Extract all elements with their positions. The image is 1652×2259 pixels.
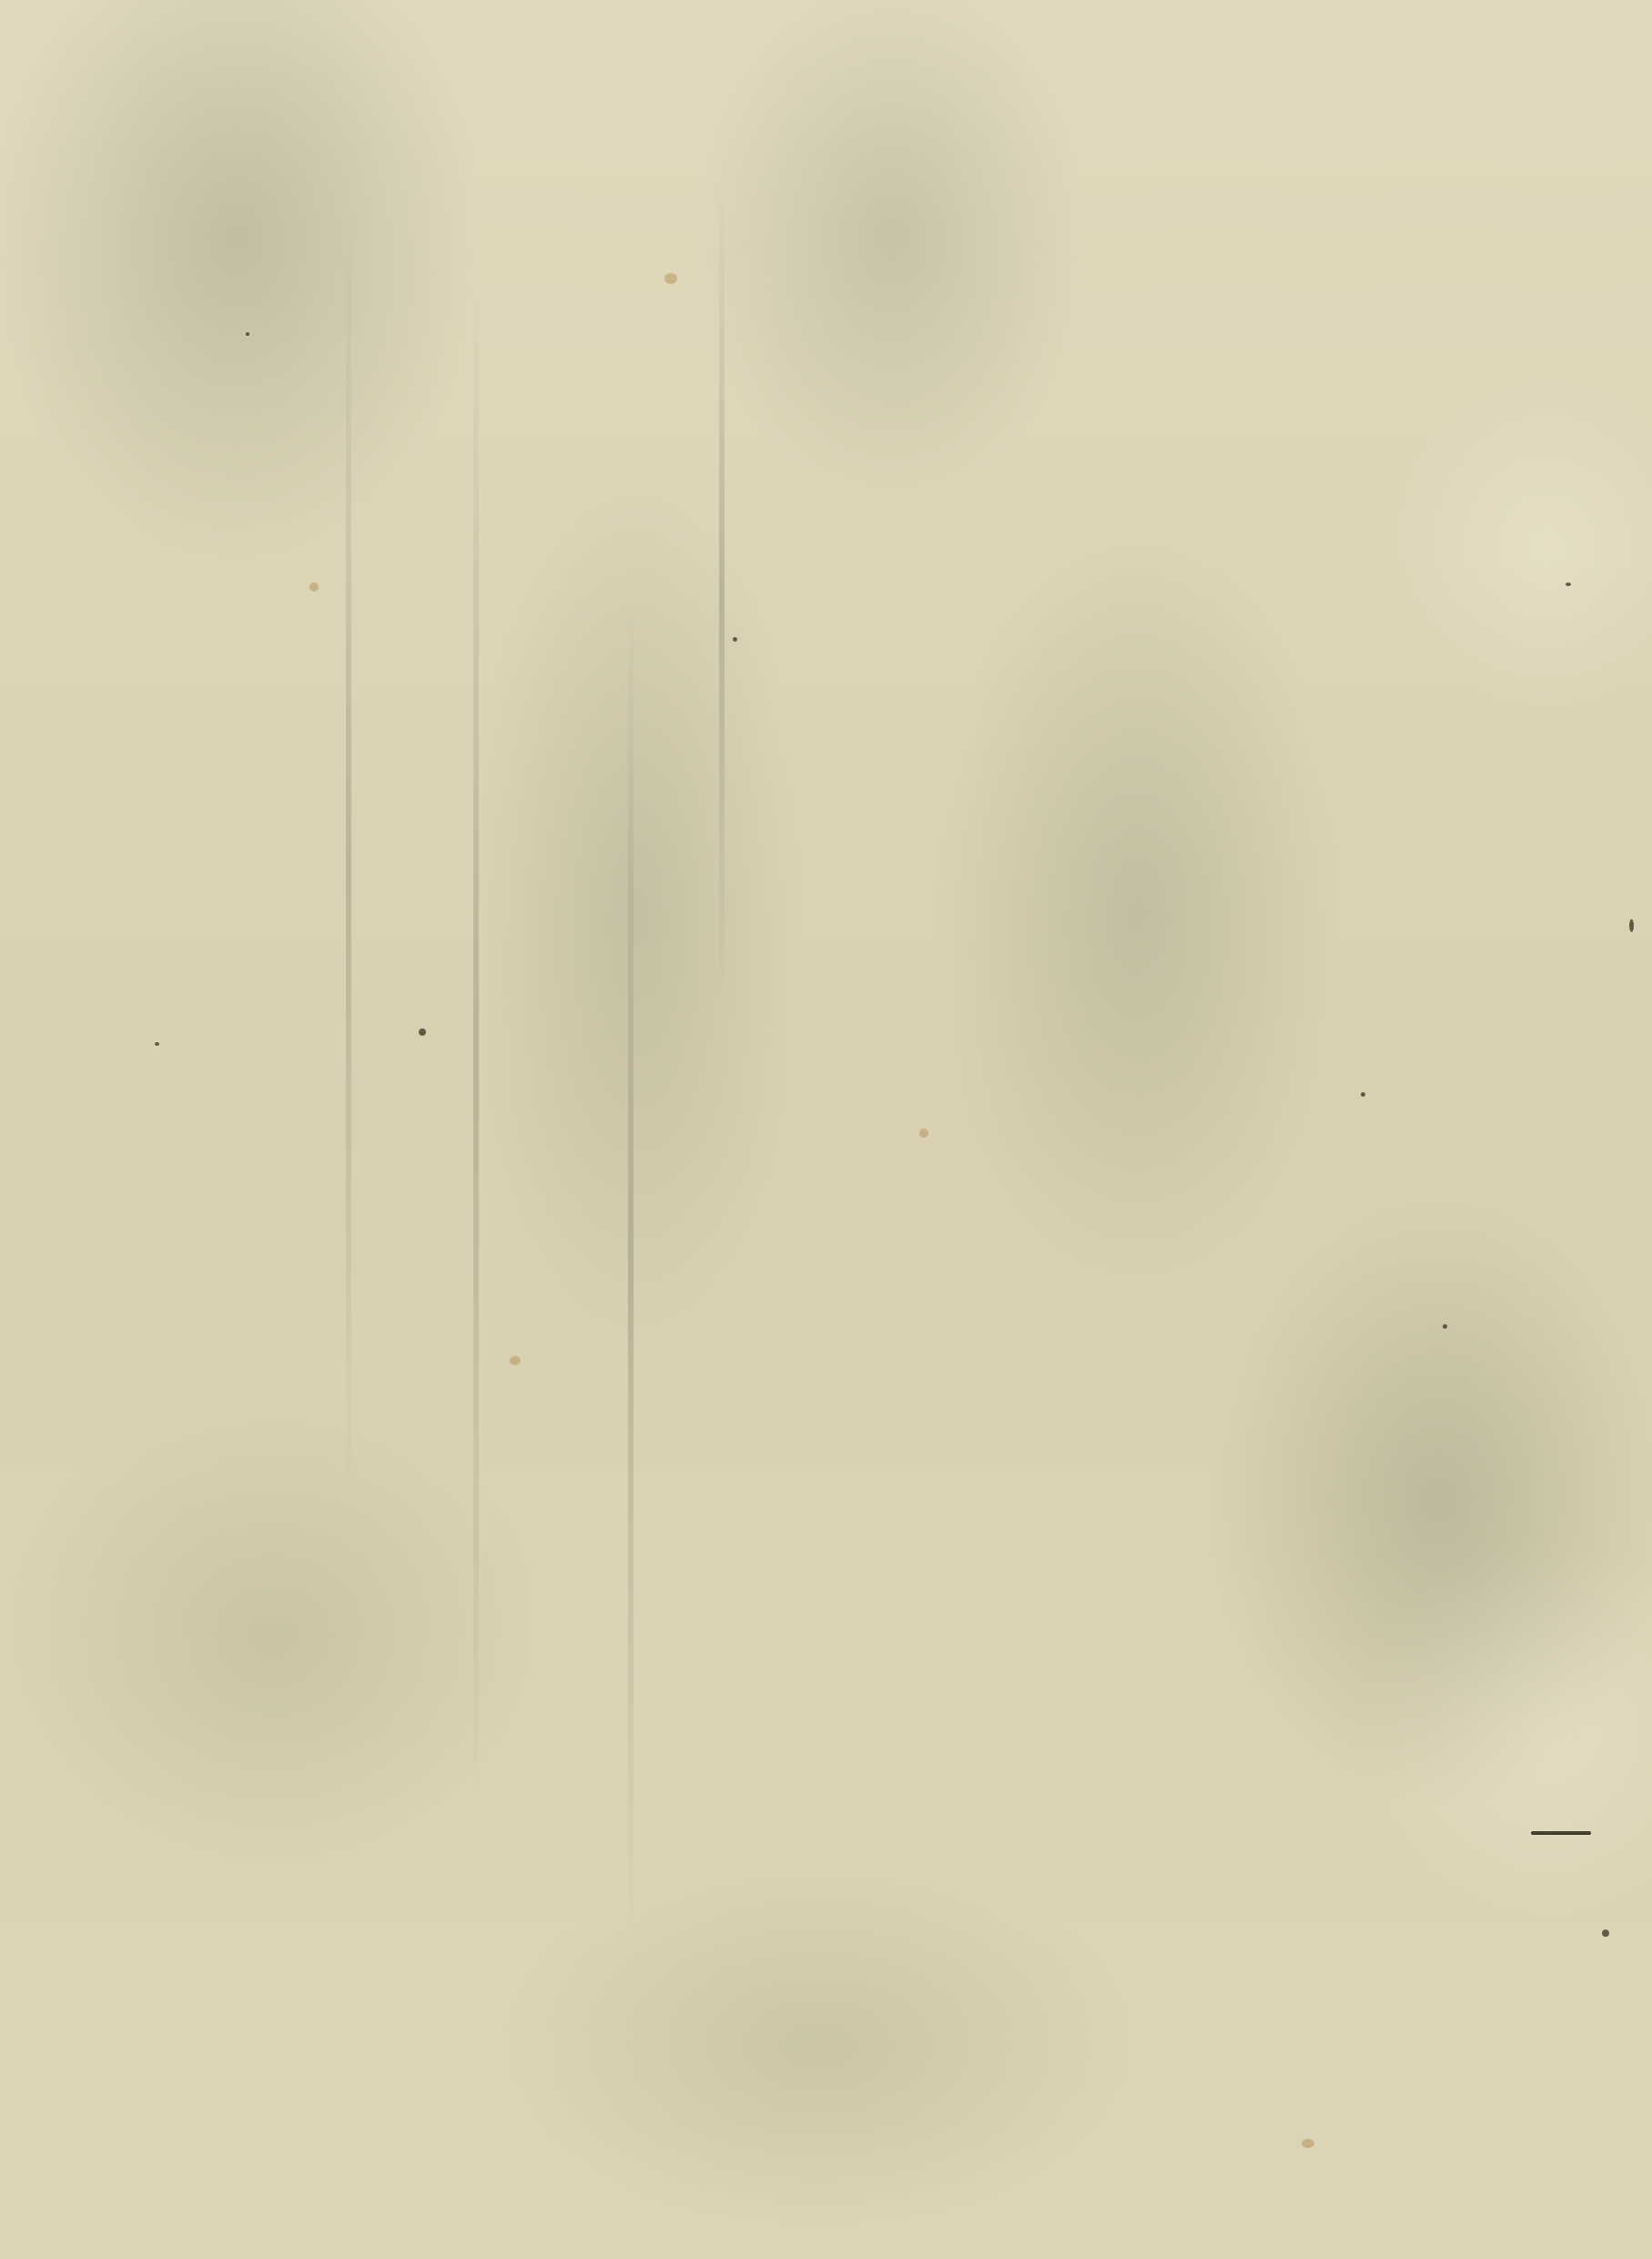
offset-stain-streak — [719, 182, 725, 1001]
fiber-fleck — [664, 273, 677, 284]
fiber-fleck — [510, 1356, 521, 1365]
fiber-fleck — [919, 1129, 928, 1138]
ink-speck — [733, 637, 737, 642]
fiber-fleck — [1302, 2139, 1314, 2148]
offset-stain-streak — [473, 273, 479, 1820]
ink-speck — [1443, 1324, 1447, 1329]
fiber-fleck — [309, 582, 319, 592]
offset-stain-streak — [628, 592, 633, 1957]
ink-speck — [419, 1028, 426, 1036]
ink-speck — [155, 1042, 159, 1046]
ink-speck — [1566, 582, 1571, 586]
ink-speck — [1361, 1092, 1365, 1097]
ink-speck — [246, 332, 249, 336]
aged-paper-texture — [0, 0, 1652, 2259]
ink-speck — [1629, 919, 1634, 932]
offset-stain-streak — [346, 228, 351, 1502]
ink-speck — [1602, 1930, 1609, 1937]
ink-dash-mark — [1531, 1831, 1591, 1835]
